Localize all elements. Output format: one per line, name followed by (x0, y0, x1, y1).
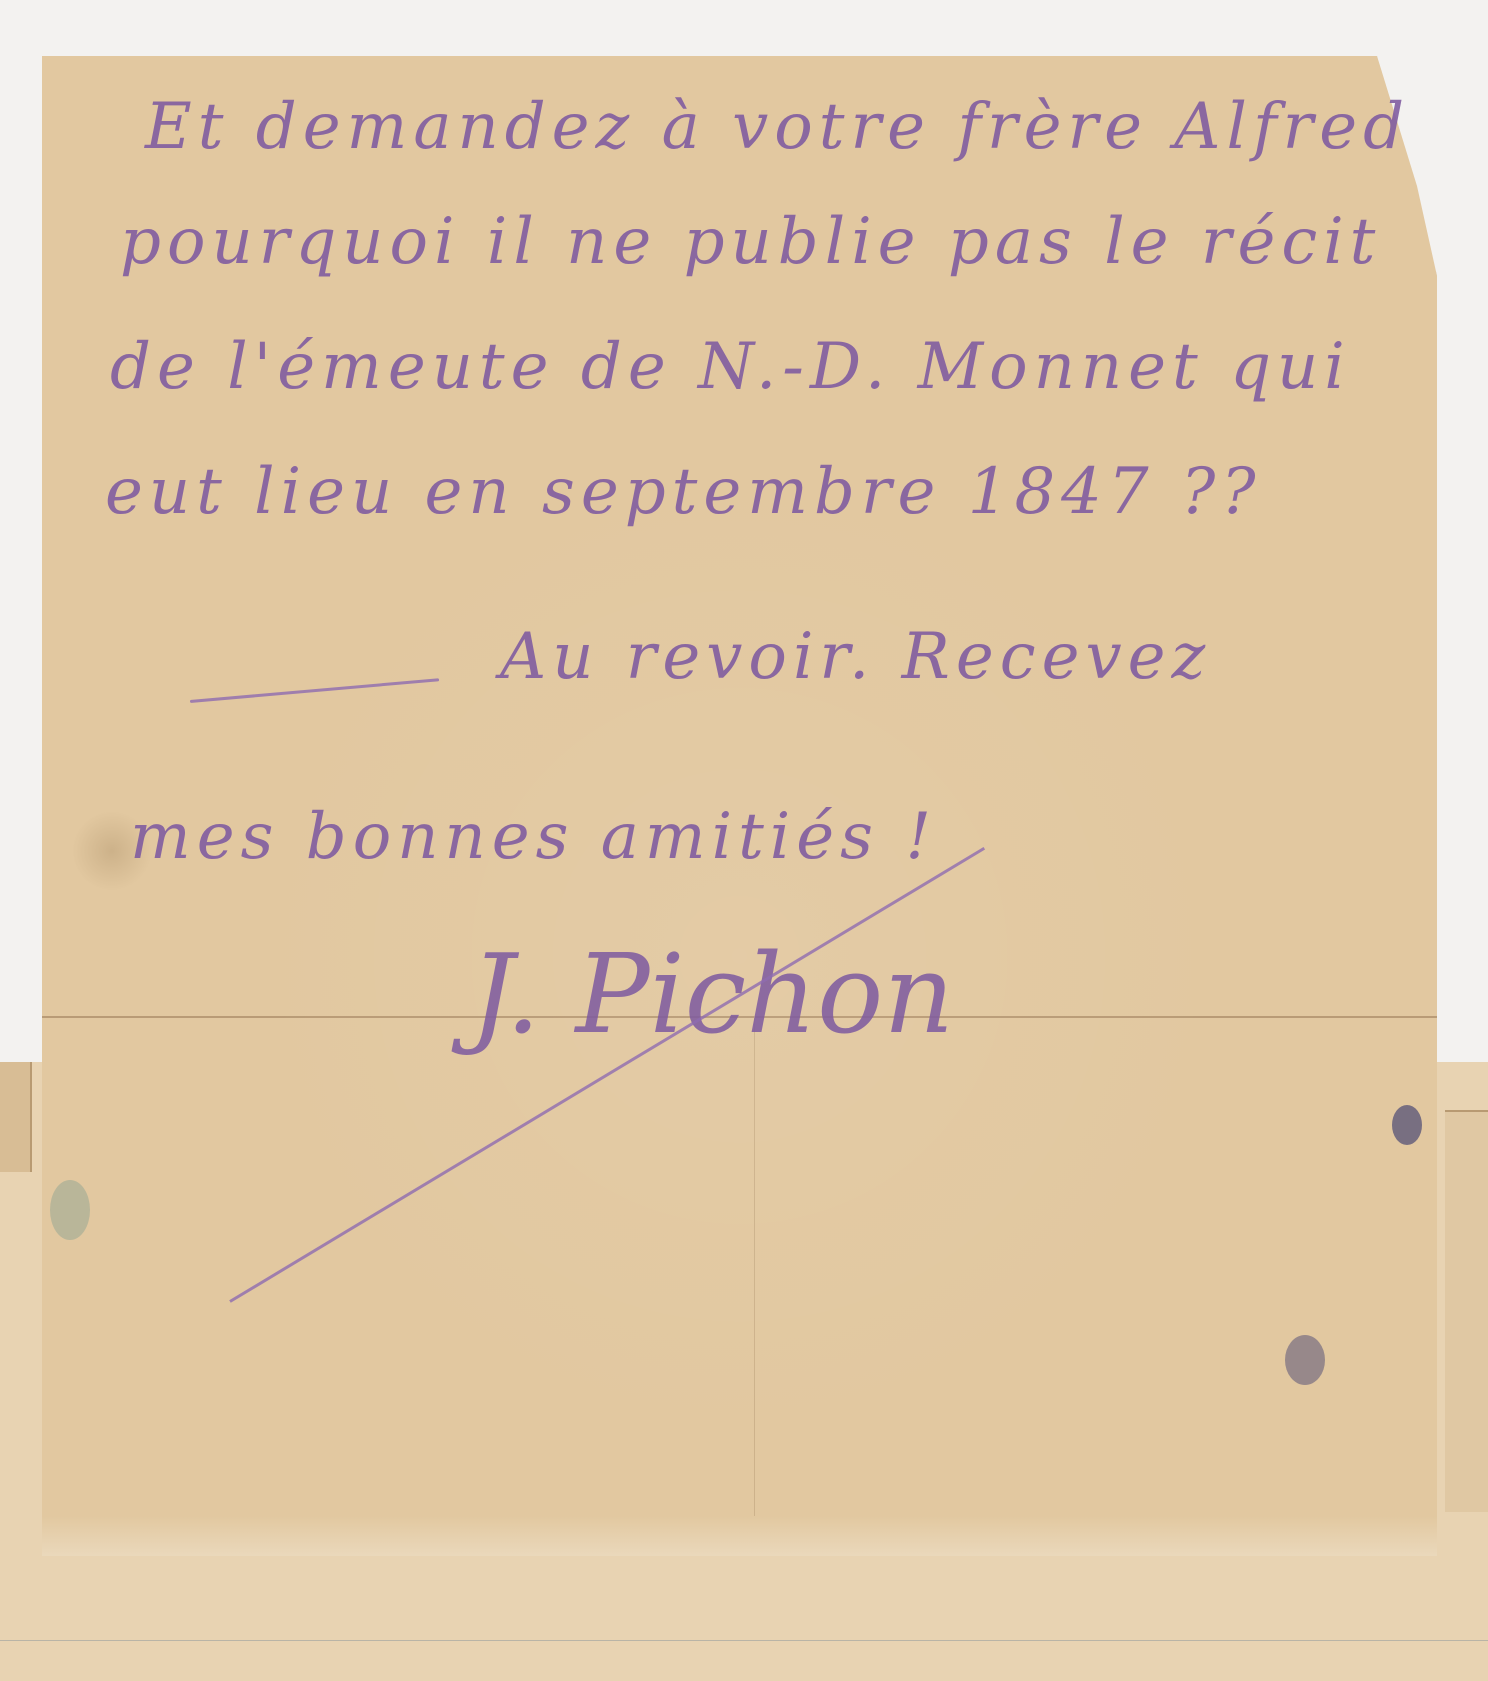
signature: J. Pichon (470, 930, 954, 1058)
torn-bottom-edge (42, 1516, 1437, 1556)
ink-blot (1392, 1105, 1422, 1145)
letter-line-6: mes bonnes amitiés ! (130, 800, 937, 874)
letter-line-2: pourquoi il ne publie pas le récit (120, 205, 1381, 279)
ruled-line (0, 1640, 1488, 1641)
stain (50, 1180, 90, 1240)
letter-line-1: Et demandez à votre frère Alfred (145, 90, 1410, 164)
ink-blot (1285, 1335, 1325, 1385)
letter-line-3: de l'émeute de N.-D. Monnet qui (110, 330, 1351, 404)
page-edge-strip (0, 1062, 32, 1172)
vertical-fold (754, 1016, 755, 1556)
letter-line-4: eut lieu en septembre 1847 ?? (105, 455, 1262, 529)
letter-line-5: Au revoir. Recevez (500, 620, 1211, 694)
underlying-page-right-edge (1445, 1110, 1488, 1512)
